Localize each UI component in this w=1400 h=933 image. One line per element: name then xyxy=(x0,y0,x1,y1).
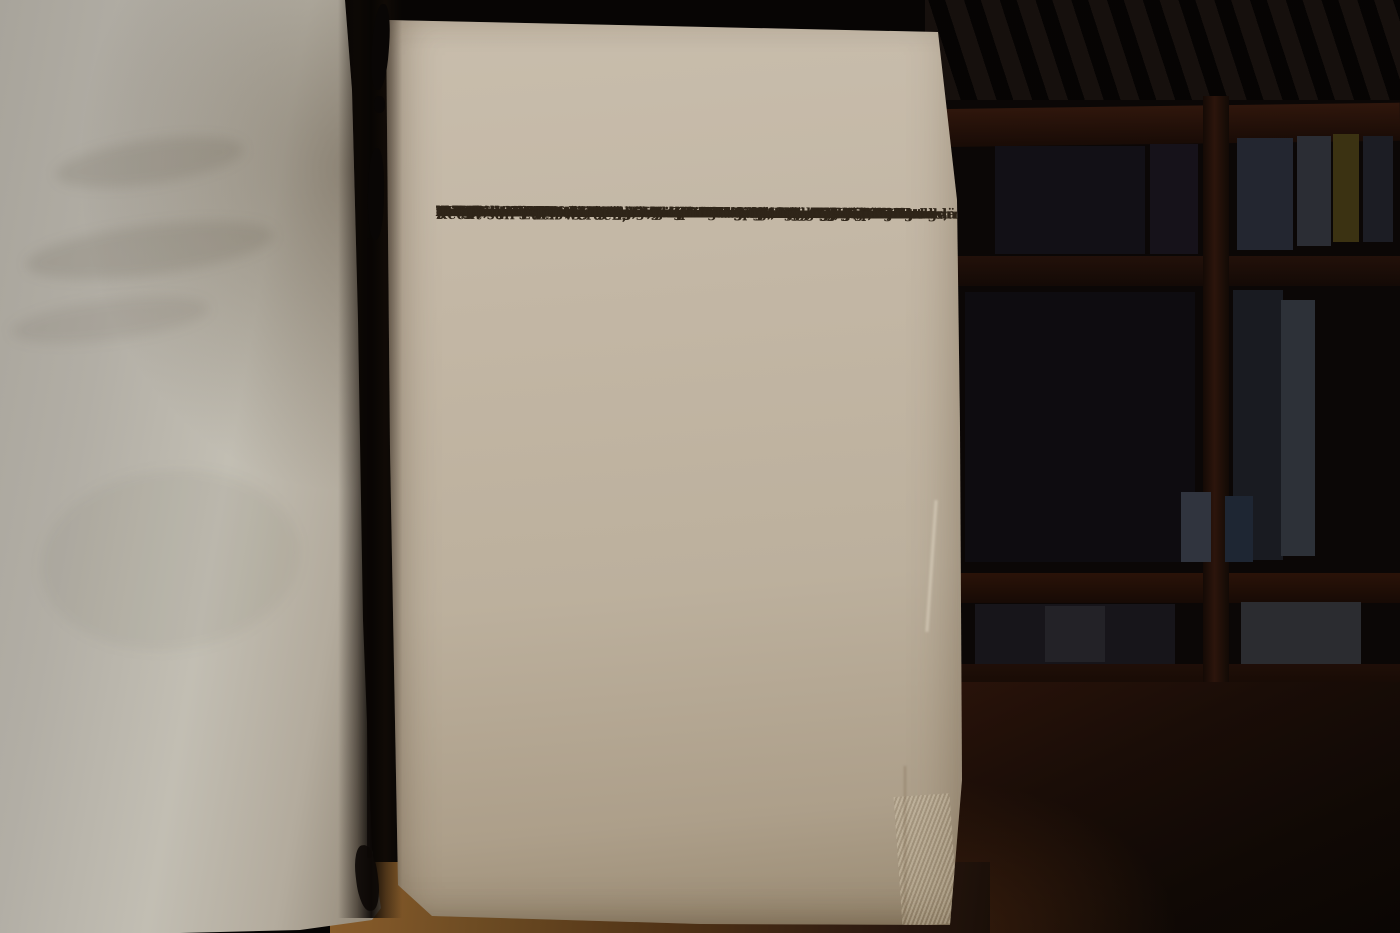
bookshelf xyxy=(925,0,1400,700)
page-crease xyxy=(904,766,906,924)
book-spine xyxy=(1241,602,1361,664)
shelf-bar xyxy=(925,573,1400,603)
binding-gutter xyxy=(338,0,402,918)
binding-hole xyxy=(374,96,385,113)
photo-scene: Meine geehrten Damen und Herren! Herr Ho… xyxy=(0,0,1400,933)
book-spine xyxy=(1281,300,1315,556)
text-segment: die grausamsten und härtesten Friedensbe… xyxy=(436,203,947,224)
book-spine xyxy=(1363,136,1393,242)
page-shading xyxy=(370,8,970,933)
show-through-text xyxy=(8,288,211,352)
book-spine xyxy=(1045,606,1105,662)
binding-hole xyxy=(367,148,385,240)
book-spine-blue xyxy=(1225,496,1253,562)
book-spine xyxy=(1150,144,1198,254)
ceiling-slats xyxy=(925,0,1400,100)
book-spine xyxy=(1181,492,1211,562)
binding-hole xyxy=(352,844,382,912)
book-spine xyxy=(965,292,1195,562)
binding-hole xyxy=(369,4,392,91)
show-through-text xyxy=(31,457,308,663)
show-through-text xyxy=(53,127,247,197)
right-page: Meine geehrten Damen und Herren! Herr Ho… xyxy=(370,8,970,933)
book-spine xyxy=(1297,136,1331,246)
show-through-text xyxy=(23,210,277,290)
book-spine xyxy=(995,146,1145,254)
book-spine-yellow xyxy=(1333,134,1359,242)
table-surface xyxy=(925,682,1400,933)
binding-seam xyxy=(367,238,372,858)
shelf-bar xyxy=(925,256,1400,286)
book-spine xyxy=(1237,138,1293,250)
shelf-post xyxy=(1203,96,1229,700)
